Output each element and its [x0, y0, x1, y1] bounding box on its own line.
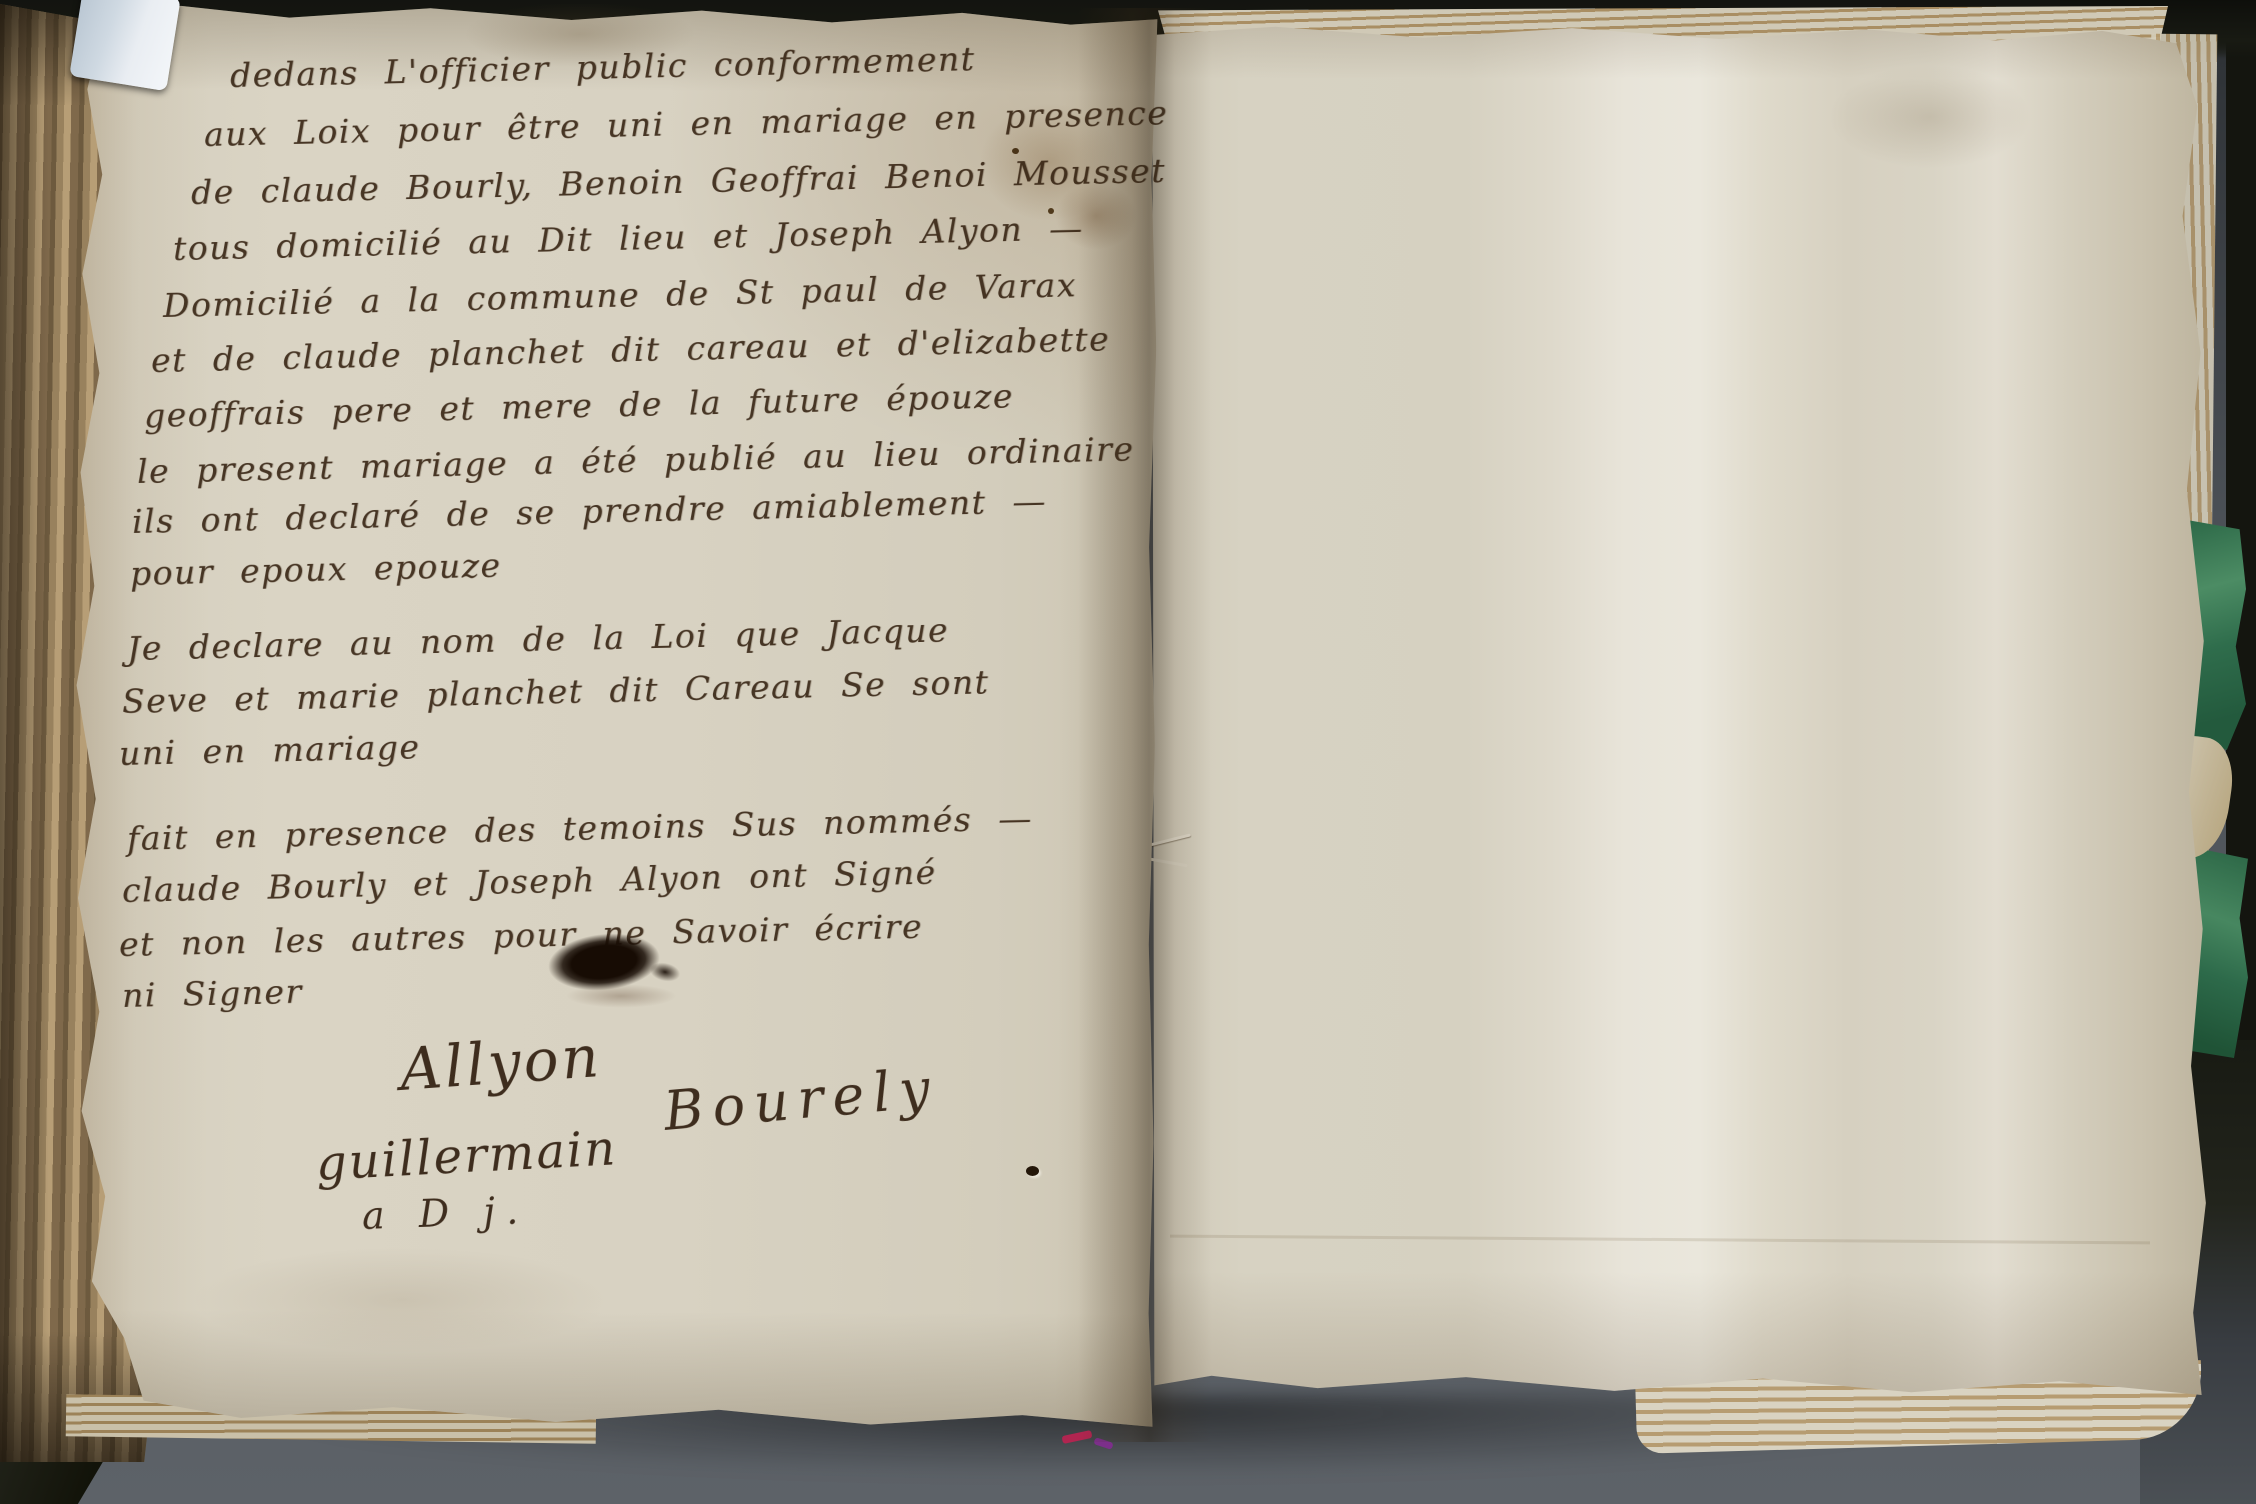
- manuscript-line: uni en mariage: [119, 727, 421, 773]
- wormhole: [1026, 1166, 1039, 1176]
- manuscript-photo: dedans L'officier public conformement au…: [0, 0, 2256, 1504]
- signature: a D j.: [361, 1188, 530, 1238]
- right-page-stain: [1790, 52, 2070, 182]
- archive-tag: [69, 0, 180, 91]
- manuscript-line: ni Signer: [122, 972, 303, 1015]
- ink-speck: [1012, 148, 1019, 154]
- gutter-shadow: [1078, 8, 1212, 1442]
- paper-stain: [150, 1230, 710, 1370]
- signature: Allyon: [398, 1022, 604, 1104]
- right-page-blank: [1148, 24, 2208, 1395]
